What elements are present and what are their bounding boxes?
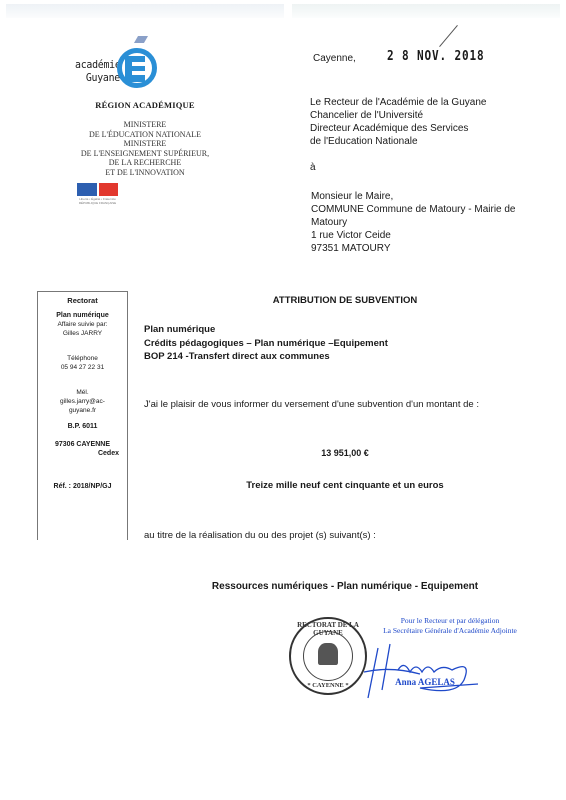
logo-e-icon	[125, 56, 145, 82]
projects-list: Ressources numériques - Plan numérique -…	[130, 581, 560, 592]
letter-title: ATTRIBUTION DE SUBVENTION	[130, 295, 560, 306]
contact-sidebox: Rectorat Plan numérique Affaire suivie p…	[37, 291, 128, 540]
region-label: RÉGION ACADÉMIQUE	[20, 100, 270, 110]
projects-intro: au titre de la réalisation du ou des pro…	[144, 530, 376, 541]
email-link[interactable]: gilles.jarry@ac-	[38, 397, 127, 406]
date-stamp: 2 8 NOV. 2018	[387, 49, 485, 64]
handwritten-signature-icon	[360, 640, 480, 700]
subsidy-amount: 13 951,00 €	[130, 448, 560, 458]
logo-wordmark: académie Guyane	[75, 58, 120, 84]
signer-name: Anna AGELAS	[370, 677, 480, 687]
ministry-block: MINISTERE DE L'ÉDUCATION NATIONALE MINIS…	[20, 120, 270, 177]
pen-stroke	[439, 25, 458, 47]
subject-block: Plan numérique Crédits pédagogiques – Pl…	[144, 323, 388, 364]
marianne-flag-icon	[77, 183, 118, 196]
scan-edge-left	[6, 4, 284, 18]
to-label: à	[310, 162, 316, 173]
amount-in-words: Treize mille neuf cent cinquante et un e…	[130, 480, 560, 491]
flag-caption: Liberté • Égalité • Fraternité RÉPUBLIQU…	[75, 197, 120, 205]
scan-edge-right	[292, 4, 560, 18]
city: Cayenne,	[313, 53, 356, 64]
academie-guyane-logo: académie Guyane	[70, 36, 170, 98]
logo-accent-icon	[134, 36, 148, 43]
intro-text: J'ai le plaisir de vous informer du vers…	[144, 399, 479, 410]
recipient-block: Monsieur le Maire, COMMUNE Commune de Ma…	[311, 190, 541, 255]
sender-block: Le Recteur de l'Académie de la Guyane Ch…	[310, 96, 486, 148]
delegation-text: Pour le Recteur et par délégation La Sec…	[350, 616, 550, 636]
